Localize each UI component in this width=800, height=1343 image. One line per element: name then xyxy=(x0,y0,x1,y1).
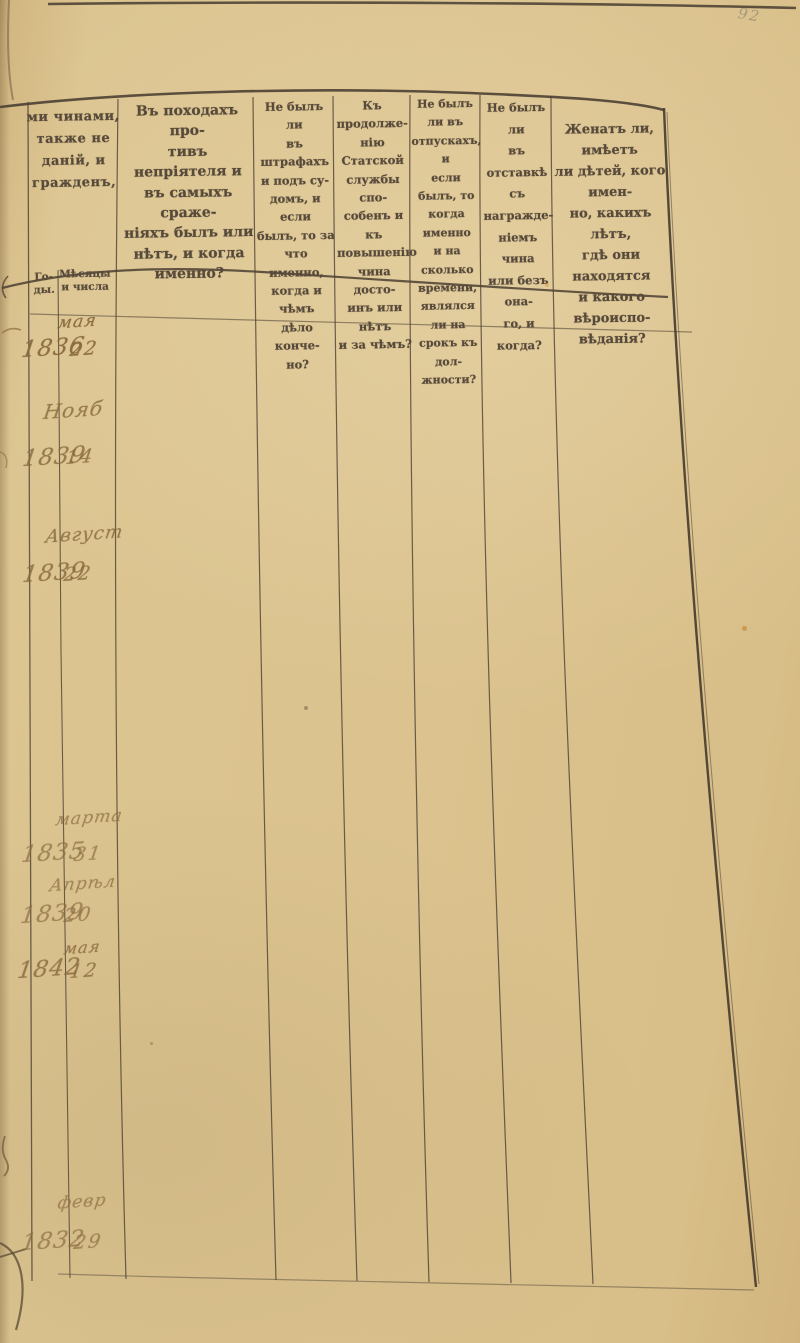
entry-day: 22 xyxy=(68,337,100,361)
entry-day: 22 xyxy=(62,562,94,586)
entry-day: 20 xyxy=(62,903,94,927)
entry-day: 29 xyxy=(72,1230,104,1254)
header-col-retirement: Не былъ ли въ отставкѣ съ награжде- ніем… xyxy=(482,97,554,357)
entry-month: Нояб xyxy=(42,396,105,424)
subheader-years: Го- ды. xyxy=(30,271,59,298)
header-col-family: Женатъ ли, имѣетъ ли дѣтей, кого имен- н… xyxy=(553,118,668,351)
ink-scribble xyxy=(2,329,21,333)
header-col-campaigns: Въ походахъ про- тивъ непріятеля и въ са… xyxy=(122,100,255,285)
table-right-border-double xyxy=(667,112,759,1284)
entry-day: 31 xyxy=(72,842,104,866)
table-bottom-rule xyxy=(58,1274,754,1290)
scanned-document-page: 92 ми чинами, также не даній, и гражденъ… xyxy=(0,0,800,1343)
subheader-months: Мѣсяцы и числа xyxy=(59,268,111,295)
header-col-awards-clipped: ми чинами, также не даній, и гражденъ, xyxy=(25,106,122,195)
page-top-edge xyxy=(48,3,796,8)
pencil-page-number: 92 xyxy=(737,4,763,26)
header-col-fitness: Къ продолже- нію Статской службы спо- со… xyxy=(335,96,413,355)
entry-day: 12 xyxy=(68,959,100,983)
header-col-leaves: Не былъ ли въ отпускахъ, и если былъ, то… xyxy=(411,95,483,390)
entry-month: февр xyxy=(56,1190,108,1213)
header-col-penalties: Не былъ ли въ штрафахъ и подъ су- домъ, … xyxy=(255,97,337,374)
entry-day: 14 xyxy=(64,445,96,469)
entry-month: мая xyxy=(56,311,98,334)
ink-scribble xyxy=(3,1136,8,1176)
ink-scribble xyxy=(0,452,7,468)
page-left-edge xyxy=(8,0,13,100)
